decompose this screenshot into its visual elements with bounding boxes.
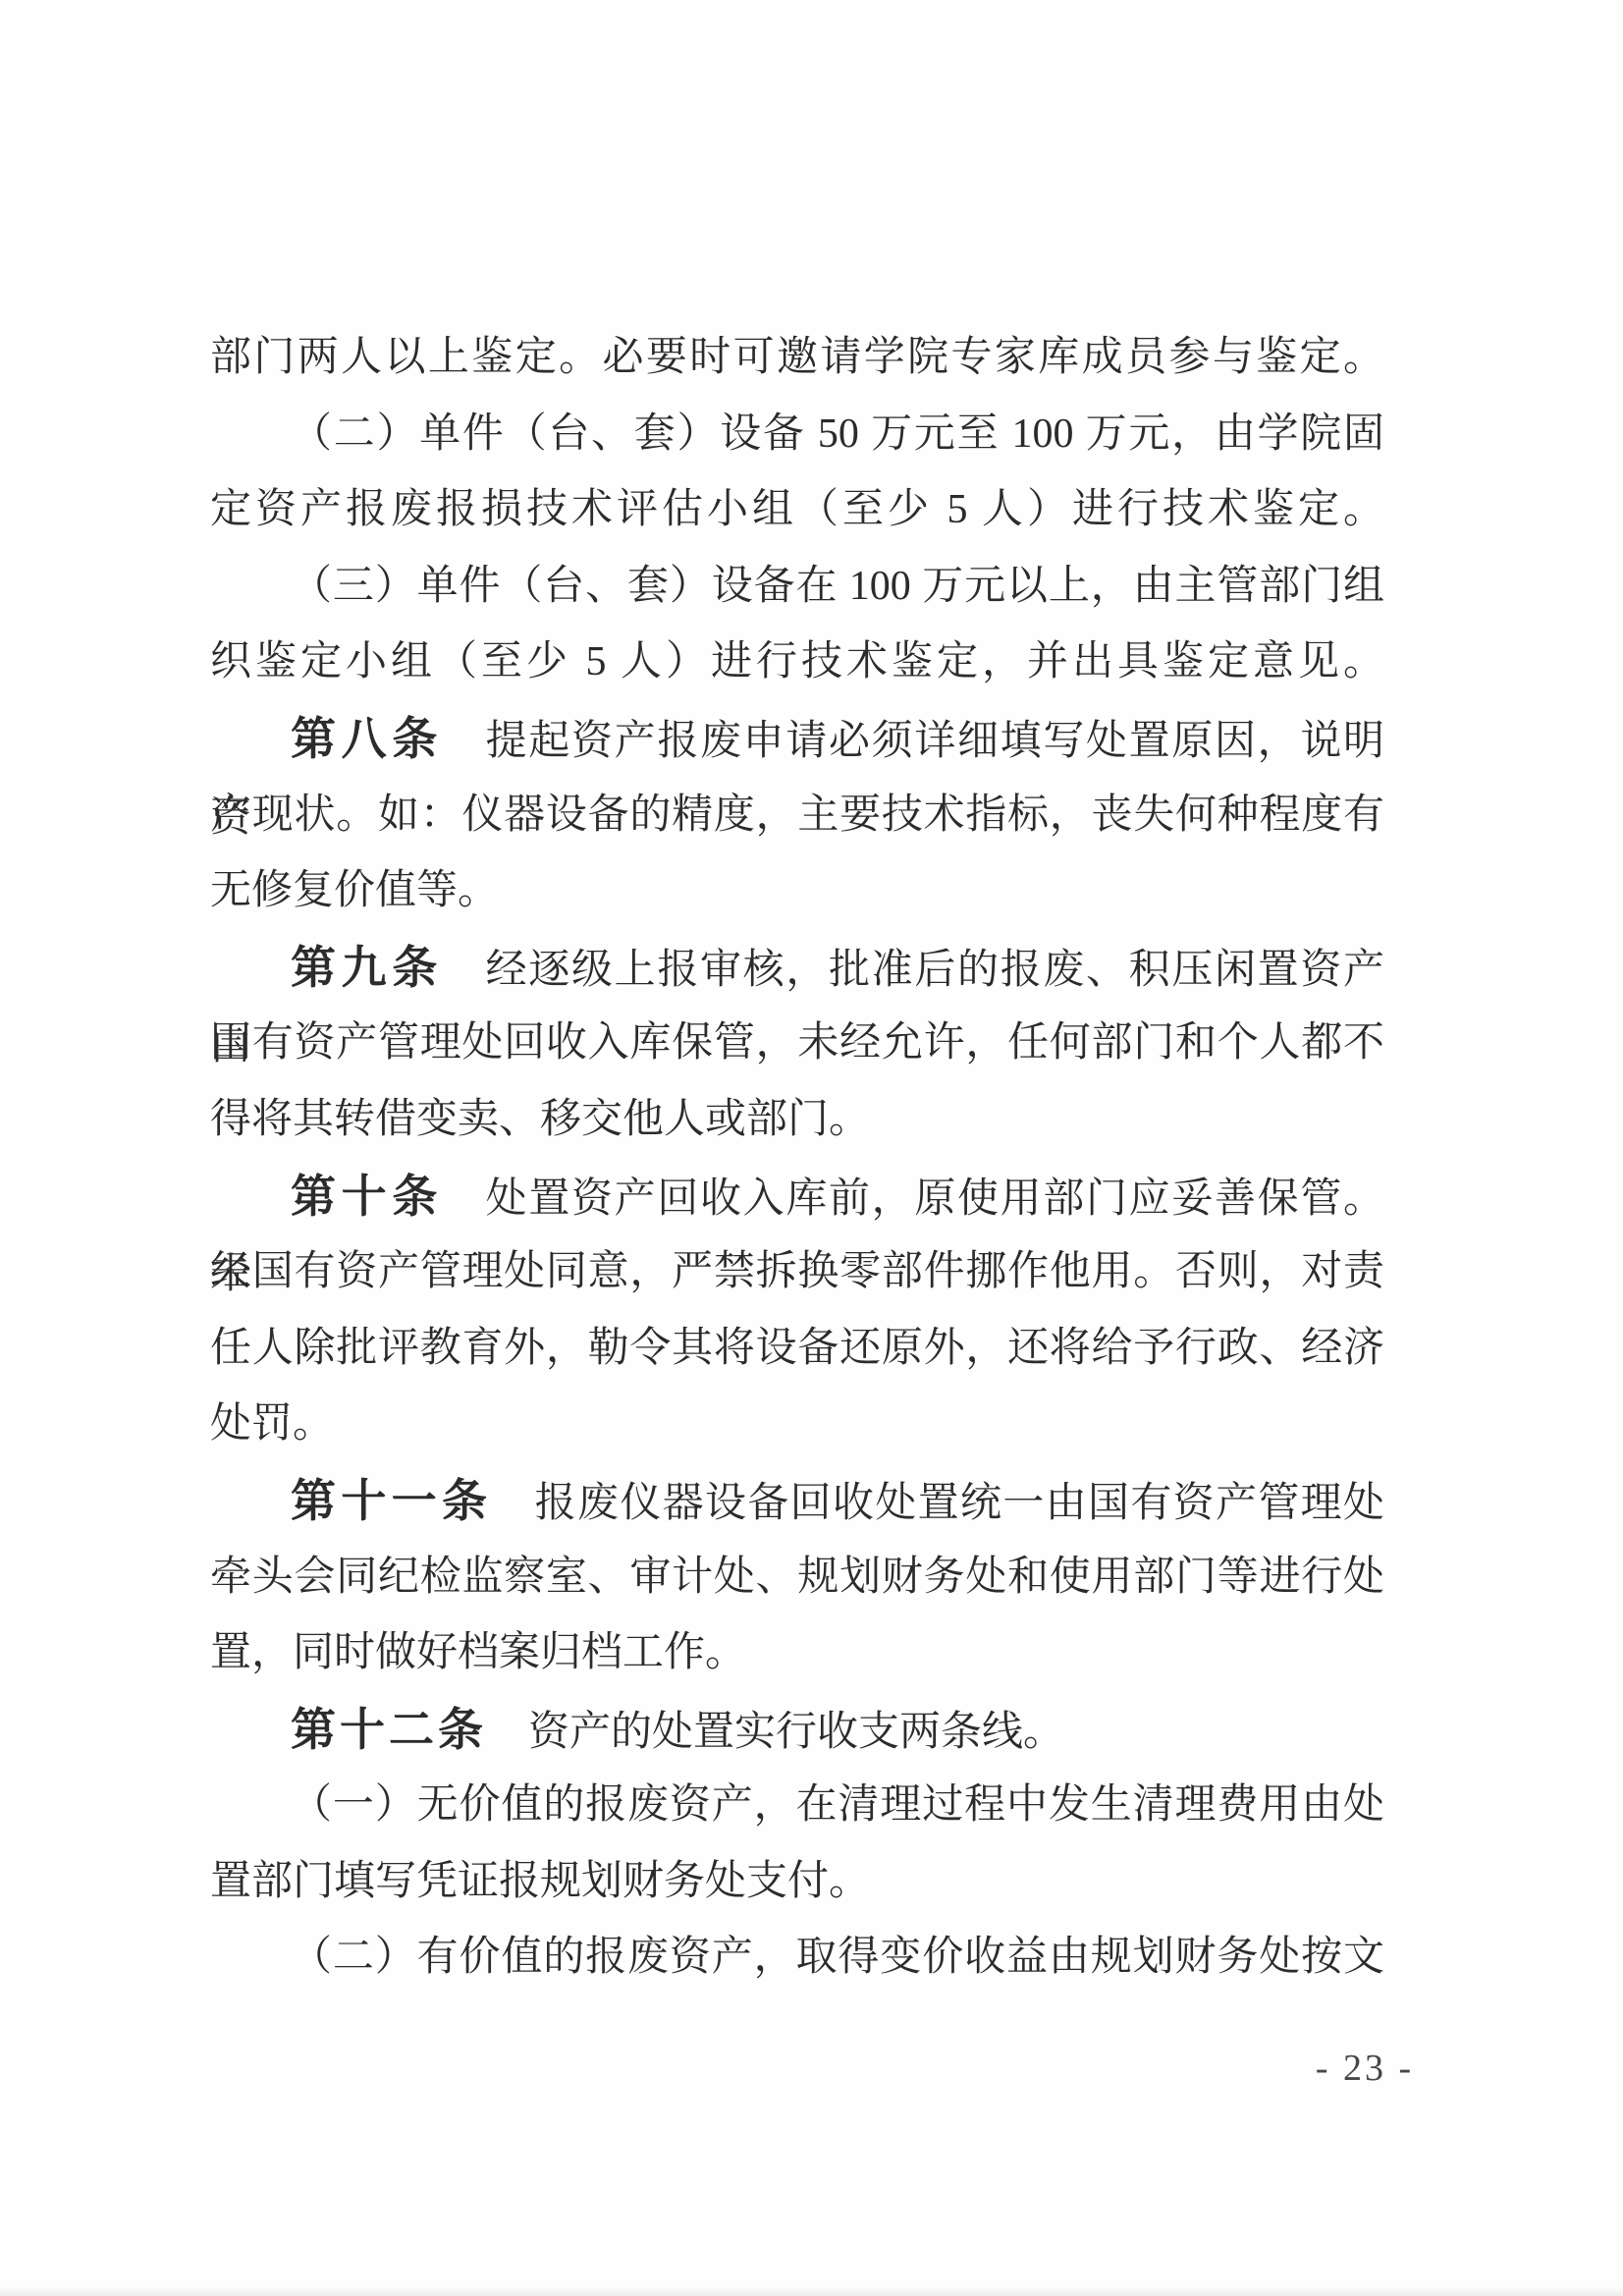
line-text: 牵头会同纪检监察室、审计处、规划财务处和使用部门等进行处 [210, 1555, 1384, 1600]
article-number: 第十条 [291, 1171, 443, 1222]
line-text: 得将其转借变卖、移交他人或部门。 [210, 1097, 870, 1142]
line-text: 国有资产管理处回收入库保管，未经允许，任何部门和个人都不 [210, 1020, 1384, 1066]
line-text: 经国有资产管理处同意，严禁拆换零部件挪作他用。否则，对责 [210, 1249, 1384, 1294]
document-line: （一）无价值的报废资产，在清理过程中发生清理费用由处 [210, 1768, 1384, 1844]
document-page: 部门两人以上鉴定。必要时可邀请学院专家库成员参与鉴定。（二）单件（台、套）设备 … [0, 0, 1623, 2296]
document-line: 第十条 处置资产回收入库前，原使用部门应妥善保管。未 [210, 1159, 1384, 1235]
article-number: 第九条 [291, 942, 443, 993]
document-line: 国有资产管理处回收入库保管，未经允许，任何部门和个人都不 [210, 1006, 1384, 1082]
line-text: （二）单件（台、套）设备 50 万元至 100 万元，由学院固 [291, 411, 1384, 457]
page-number: - 23 - [1276, 2041, 1453, 2096]
line-text: 织鉴定小组（至少 5 人）进行技术鉴定，并出具鉴定意见。 [210, 639, 1384, 684]
document-line: 第九条 经逐级上报审核，批准后的报废、积压闲置资产由 [210, 930, 1384, 1007]
document-line: 第八条 提起资产报废申请必须详细填写处置原因，说明资 [210, 701, 1384, 778]
document-line: 牵头会同纪检监察室、审计处、规划财务处和使用部门等进行处 [210, 1540, 1384, 1616]
line-text: 置，同时做好档案归档工作。 [210, 1630, 746, 1675]
article-number: 第八条 [291, 713, 443, 764]
document-line: 产现状。如：仪器设备的精度，主要技术指标，丧失何种程度有 [210, 778, 1384, 854]
document-line: 织鉴定小组（至少 5 人）进行技术鉴定，并出具鉴定意见。 [210, 625, 1384, 701]
document-line: （二）有价值的报废资产，取得变价收益由规划财务处按文 [210, 1920, 1384, 1996]
document-line: 第十一条 报废仪器设备回收处置统一由国有资产管理处 [210, 1463, 1384, 1540]
article-number: 第十一条 [291, 1475, 492, 1526]
article-number: 第十二条 [291, 1704, 487, 1755]
document-line: 置，同时做好档案归档工作。 [210, 1615, 1384, 1692]
line-text: 产现状。如：仪器设备的精度，主要技术指标，丧失何种程度有 [210, 793, 1384, 838]
document-line: 处罚。 [210, 1387, 1384, 1463]
document-line: 无修复价值等。 [210, 853, 1384, 930]
document-line: 置部门填写凭证报规划财务处支付。 [210, 1844, 1384, 1921]
document-line: 任人除批评教育外，勒令其将设备还原外，还将给予行政、经济 [210, 1311, 1384, 1388]
line-text: 任人除批评教育外，勒令其将设备还原外，还将给予行政、经济 [210, 1326, 1384, 1371]
text-block: 部门两人以上鉴定。必要时可邀请学院专家库成员参与鉴定。（二）单件（台、套）设备 … [210, 320, 1384, 1996]
line-text: 定资产报废报损技术评估小组（至少 5 人）进行技术鉴定。 [210, 487, 1384, 532]
line-text: （二）有价值的报废资产，取得变价收益由规划财务处按文 [291, 1935, 1384, 1980]
document-line: 部门两人以上鉴定。必要时可邀请学院专家库成员参与鉴定。 [210, 320, 1384, 397]
line-text: （三）单件（台、套）设备在 100 万元以上，由主管部门组 [291, 564, 1384, 609]
document-line: 经国有资产管理处同意，严禁拆换零部件挪作他用。否则，对责 [210, 1234, 1384, 1311]
line-text: 置部门填写凭证报规划财务处支付。 [210, 1859, 870, 1904]
line-text: 无修复价值等。 [210, 868, 499, 913]
document-line: （三）单件（台、套）设备在 100 万元以上，由主管部门组 [210, 549, 1384, 626]
scan-edge-artifact [0, 2286, 1623, 2296]
line-text: 部门两人以上鉴定。必要时可邀请学院专家库成员参与鉴定。 [210, 335, 1384, 380]
document-line: （二）单件（台、套）设备 50 万元至 100 万元，由学院固 [210, 397, 1384, 473]
document-line: 定资产报废报损技术评估小组（至少 5 人）进行技术鉴定。 [210, 472, 1384, 549]
line-text: （一）无价值的报废资产，在清理过程中发生清理费用由处 [291, 1782, 1384, 1828]
document-line: 得将其转借变卖、移交他人或部门。 [210, 1082, 1384, 1159]
document-line: 第十二条 资产的处置实行收支两条线。 [210, 1692, 1384, 1769]
line-text: 资产的处置实行收支两条线。 [487, 1710, 1064, 1755]
line-text: 报废仪器设备回收处置统一由国有资产管理处 [492, 1481, 1384, 1526]
line-text: 处罚。 [210, 1401, 334, 1447]
